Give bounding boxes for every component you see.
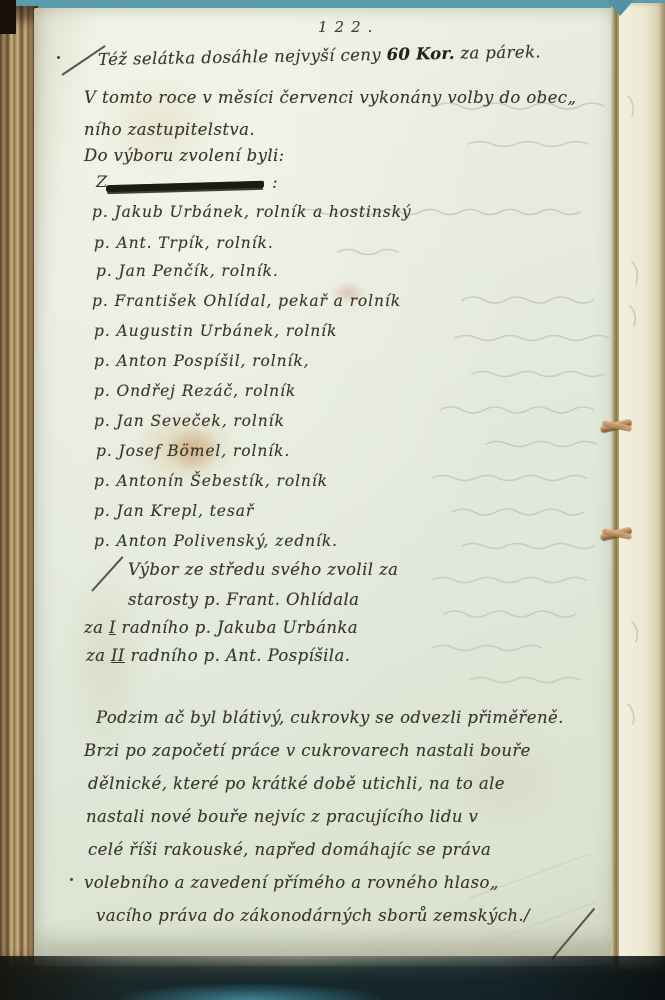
election-line3-pre: za [84,618,109,637]
election-line3-post: radního p. Jakuba Urbánka [116,618,358,637]
council-list-item: p. Anton Pospíšil, rolník, [94,352,309,370]
binding-stitch [600,526,634,542]
intro-line1-tail: za párek. [455,42,542,63]
margin-dot [70,878,73,881]
manuscript-line: Podzim ač byl blátivý, cukrovky se odvez… [96,708,564,727]
manuscript-line: Do výboru zvolení byli: [84,146,285,165]
roman-numeral-one: I [109,618,116,637]
election-line4-post: radního p. Ant. Pospíšila. [125,646,351,665]
intro-line1-price: 60 Kor. [387,44,455,64]
council-list-item: p. Antonín Šebestík, rolník [94,472,328,490]
crossed-out-word: Z : [96,176,286,196]
manuscript-line: V tomto roce v měsíci červenci vykonány … [84,88,576,107]
council-list-item: p. Anton Polivenský, zedník. [94,532,338,550]
manuscript-line: za I radního p. Jakuba Urbánka [84,618,358,637]
manuscript-line: ního zastupitelstva. [84,120,255,139]
council-list-item: p. Jan Seveček, rolník [94,412,285,430]
manuscript-line: vacího práva do zákonodárných sborů zems… [96,906,530,925]
gutter-top-shadow [606,0,634,16]
council-list-item: p. Ondřej Rezáč, rolník [94,382,296,400]
page-number: 122. [318,18,379,36]
strikethrough-bar [106,181,264,192]
roman-numeral-two: II [111,646,125,665]
manuscript-line: volebního a zavedení přímého a rovného h… [84,873,499,892]
council-list-item: p. Jan Penčík, rolník. [96,262,279,280]
next-page-edge [619,3,665,971]
manuscript-line: starosty p. Frant. Ohlídala [128,590,359,609]
backdrop-glow [120,984,380,1000]
council-list-item: p. Josef Bömel, rolník. [96,442,290,460]
council-list-item: p. Jakub Urbánek, rolník a hostinský [92,203,412,221]
binding-stitch [600,418,634,434]
council-list-item: p. Augustin Urbánek, rolník [94,322,337,340]
manuscript-line: za II radního p. Ant. Pospíšila. [86,646,350,665]
manuscript-line: nastali nové bouře nejvíc z pracujícího … [86,807,478,826]
crossed-out-colon: : [272,173,278,193]
margin-dot [57,56,60,59]
council-list-item: p. Jan Krepl, tesař [94,502,254,520]
manuscript-line: Brzi po započetí práce v cukrovarech nas… [84,741,531,760]
book-cover-corner [0,0,16,34]
council-list-item: p. František Ohlídal, pekař a rolník [92,292,401,310]
council-list-item: p. Ant. Trpík, rolník. [94,234,274,252]
manuscript-line: Výbor ze středu svého zvolil za [128,560,398,579]
book-photo: 122. Též selátka dosáhle nejvyší ceny 60… [0,0,665,1000]
book-page-edges-left [0,6,38,980]
election-line4-pre: za [86,646,111,665]
manuscript-line: celé říši rakouské, napřed domáhajíc se … [88,840,491,859]
manuscript-line: dělnické, které po krátké době utichli, … [88,774,505,793]
